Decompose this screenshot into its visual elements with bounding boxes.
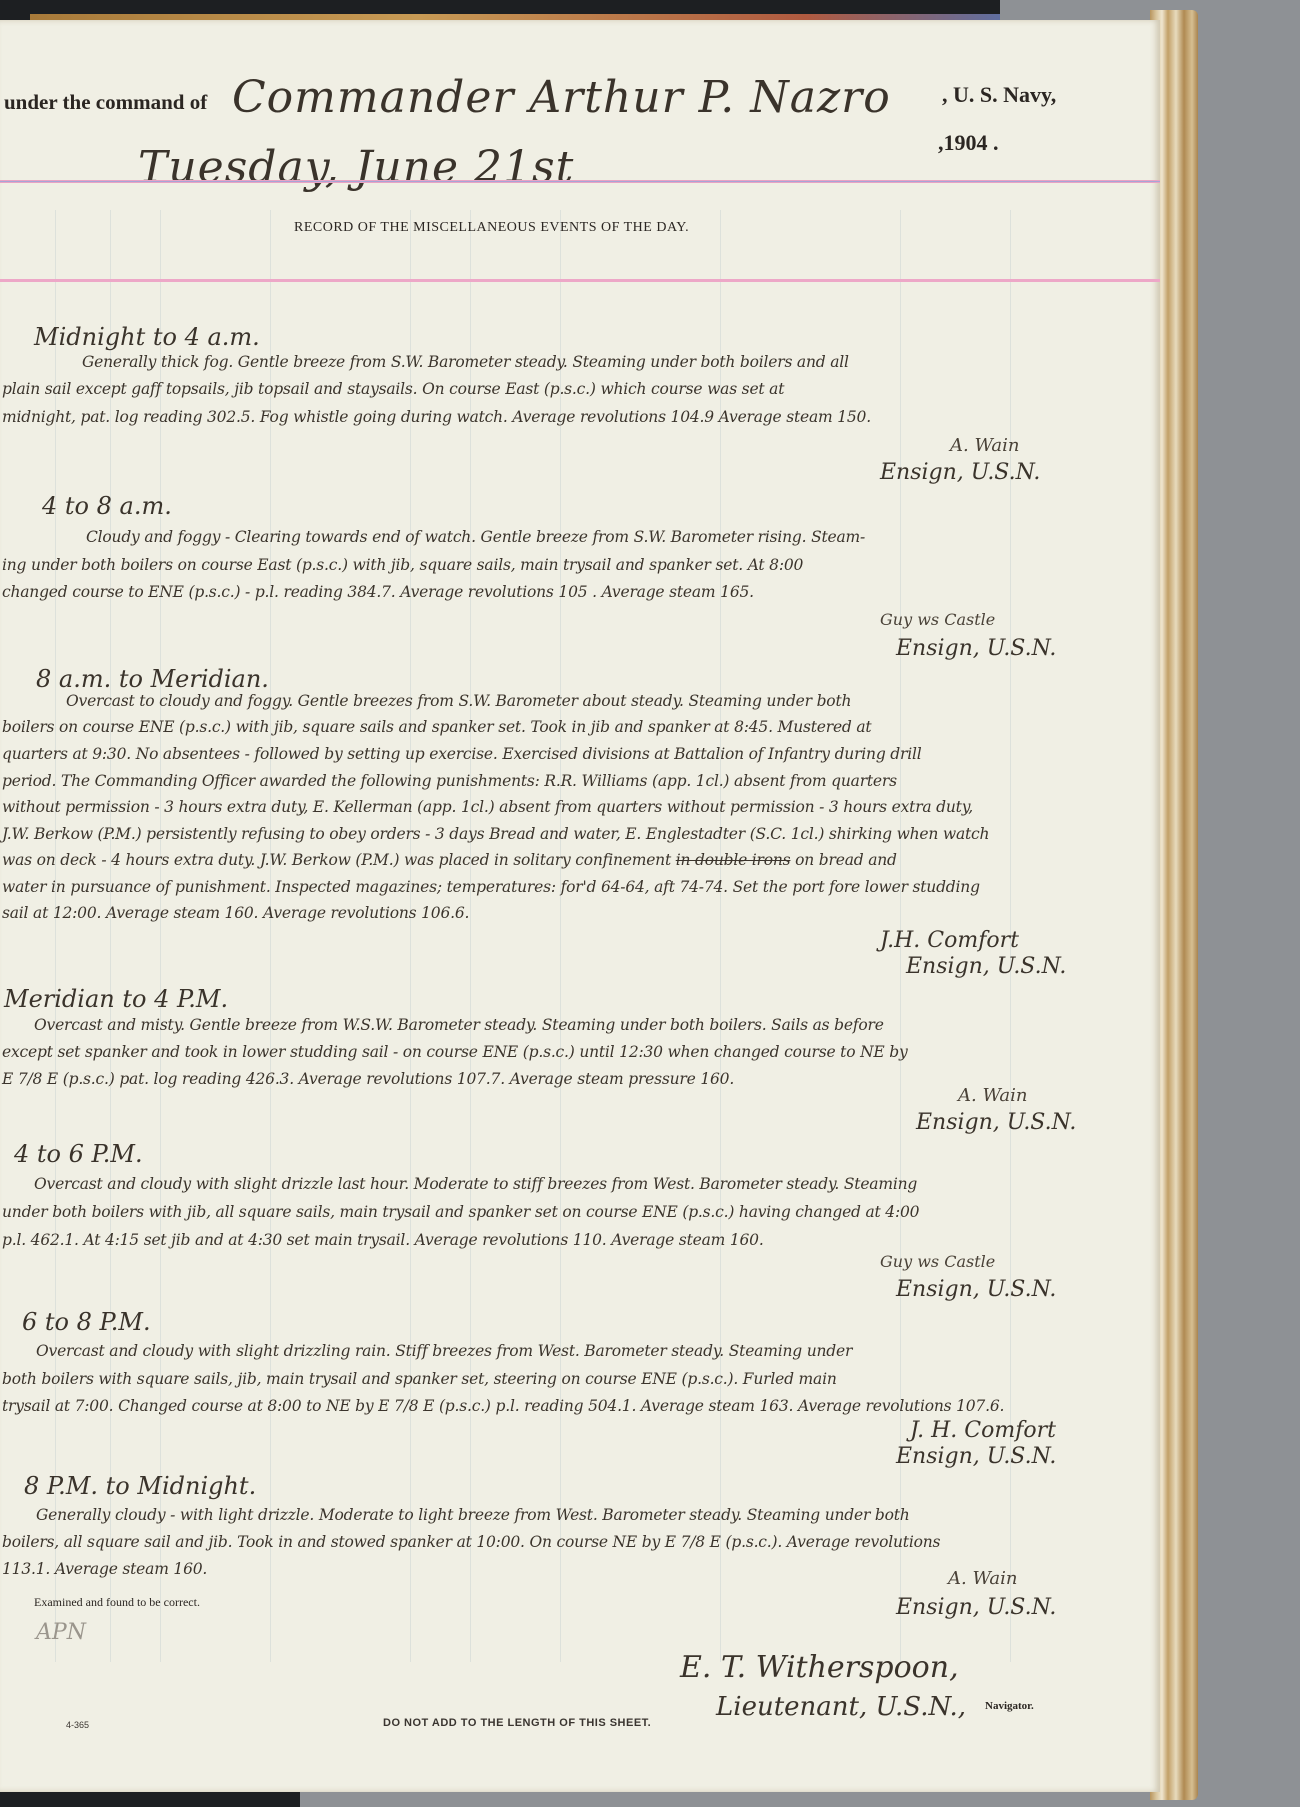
grid-line <box>560 210 561 1662</box>
grid-line <box>410 210 411 1662</box>
grid-line <box>720 210 721 1662</box>
entry-line: boilers, all square sail and jib. Took i… <box>2 1533 940 1551</box>
struck-text: in double irons <box>676 851 791 869</box>
officer-signature: J.H. Comfort <box>880 928 1019 953</box>
entry-line: boilers on course ENE (p.s.c.) with jib,… <box>2 718 871 736</box>
officer-rank: Ensign, U.S.N. <box>896 1277 1056 1302</box>
log-year: ,1904 . <box>938 130 999 156</box>
entry-line: under both boilers with jib, all square … <box>2 1203 919 1221</box>
watch-title: 8 a.m. to Meridian. <box>36 665 269 693</box>
grid-line <box>55 210 56 1662</box>
entry-line: ing under both boilers on course East (p… <box>2 556 803 574</box>
grid-line <box>470 210 471 1662</box>
officer-signature: Guy ws Castle <box>880 1252 995 1271</box>
entry-line: was on deck - 4 hours extra duty. J.W. B… <box>2 851 897 869</box>
examined-initials: APN <box>36 1620 86 1645</box>
entry-line: water in pursuance of punishment. Inspec… <box>2 878 980 896</box>
officer-signature: A. Wain <box>948 1568 1017 1589</box>
form-number: 4-365 <box>66 1720 89 1730</box>
officer-signature: A. Wain <box>950 435 1019 456</box>
entry-line: trysail at 7:00. Changed course at 8:00 … <box>2 1397 1004 1415</box>
entry-line: except set spanker and took in lower stu… <box>2 1043 908 1061</box>
record-title: RECORD OF THE MISCELLANEOUS EVENTS OF TH… <box>294 220 689 236</box>
navigator-label: Navigator. <box>985 1700 1034 1712</box>
entry-line: midnight, pat. log reading 302.5. Fog wh… <box>2 408 871 426</box>
navigator-signature: E. T. Witherspoon, <box>680 1650 959 1685</box>
entry-line: p.l. 462.1. At 4:15 set jib and at 4:30 … <box>2 1231 764 1249</box>
entry-line: period. The Commanding Officer awarded t… <box>2 772 897 790</box>
entry-line: Overcast and cloudy with slight drizzlin… <box>36 1342 852 1360</box>
entry-line: Overcast to cloudy and foggy. Gentle bre… <box>66 692 851 710</box>
header-rule-bottom <box>0 279 1160 282</box>
officer-rank: Ensign, U.S.N. <box>906 954 1066 979</box>
commander-name: Commander Arthur P. Nazro <box>232 72 891 123</box>
officer-rank: Ensign, U.S.N. <box>916 1110 1076 1135</box>
watch-title: 4 to 8 a.m. <box>42 492 172 520</box>
entry-line: Overcast and misty. Gentle breeze from W… <box>34 1016 884 1034</box>
length-notice: DO NOT ADD TO THE LENGTH OF THIS SHEET. <box>383 1717 651 1729</box>
officer-rank: Ensign, U.S.N. <box>880 460 1040 485</box>
officer-rank: Ensign, U.S.N. <box>896 1595 1056 1620</box>
watch-title: 8 P.M. to Midnight. <box>24 1472 256 1500</box>
entry-line: sail at 12:00. Average steam 160. Averag… <box>2 904 469 922</box>
navigator-rank: Lieutenant, U.S.N., <box>716 1692 966 1722</box>
log-date: Tuesday, June 21st <box>138 142 574 193</box>
officer-signature: Guy ws Castle <box>880 610 995 629</box>
watch-title: Midnight to 4 a.m. <box>34 323 260 351</box>
grid-line <box>270 210 271 1662</box>
entry-line: without permission - 3 hours extra duty,… <box>2 798 973 816</box>
command-prefix: under the command of <box>4 90 207 115</box>
navy-suffix: , U. S. Navy, <box>942 82 1056 108</box>
grid-line <box>110 210 111 1662</box>
officer-signature: J. H. Comfort <box>910 1418 1056 1443</box>
entry-line: J.W. Berkow (P.M.) persistently refusing… <box>2 825 989 843</box>
entry-line: quarters at 9:30. No absentees - followe… <box>2 745 921 763</box>
entry-line: 113.1. Average steam 160. <box>2 1560 207 1578</box>
entry-line: E 7/8 E (p.s.c.) pat. log reading 426.3.… <box>2 1070 734 1088</box>
officer-signature: A. Wain <box>958 1085 1027 1106</box>
examined-label: Examined and found to be correct. <box>34 1595 200 1610</box>
header-rule <box>0 180 1160 183</box>
entry-line: Overcast and cloudy with slight drizzle … <box>34 1175 917 1193</box>
entry-line: Generally thick fog. Gentle breeze from … <box>82 353 849 371</box>
entry-line: plain sail except gaff topsails, jib top… <box>2 380 784 398</box>
watch-title: 6 to 8 P.M. <box>22 1308 151 1336</box>
watch-title: 4 to 6 P.M. <box>14 1140 143 1168</box>
entry-line: changed course to ENE (p.s.c.) - p.l. re… <box>2 583 754 601</box>
officer-rank: Ensign, U.S.N. <box>896 1444 1056 1469</box>
entry-line: Generally cloudy - with light drizzle. M… <box>36 1506 910 1524</box>
officer-rank: Ensign, U.S.N. <box>896 636 1056 661</box>
watch-title: Meridian to 4 P.M. <box>4 985 228 1013</box>
entry-line: Cloudy and foggy - Clearing towards end … <box>86 528 865 546</box>
grid-line <box>160 210 161 1662</box>
entry-line: both boilers with square sails, jib, mai… <box>2 1370 837 1388</box>
log-page: under the command of Commander Arthur P.… <box>0 20 1160 1792</box>
